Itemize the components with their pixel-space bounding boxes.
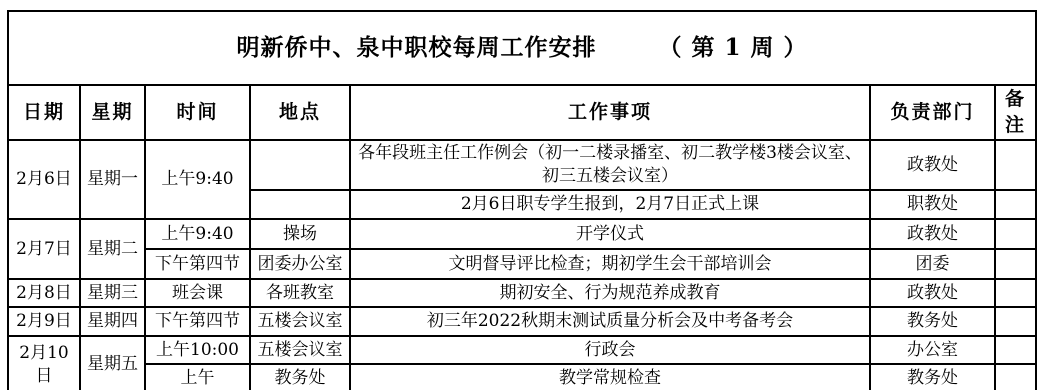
location-cell: 五楼会议室 [250, 307, 350, 336]
work-item-cell: 初三年2022秋期末测试质量分析会及中考备考会 [350, 307, 870, 336]
work-item-cell: 文明督导评比检查；期初学生会干部培训会 [350, 249, 870, 279]
table-row: 下午第四节 团委办公室 文明督导评比检查；期初学生会干部培训会 团委 [8, 249, 1036, 279]
weekday-cell: 星期二 [80, 219, 145, 279]
location-cell [250, 140, 350, 190]
header-location: 地点 [250, 85, 350, 140]
time-cell: 下午第四节 [145, 249, 250, 279]
note-cell [995, 219, 1036, 249]
header-weekday: 星期 [80, 85, 145, 140]
date-cell: 2月9日 [8, 307, 80, 336]
location-cell: 团委办公室 [250, 249, 350, 279]
note-cell [995, 336, 1036, 364]
department-cell: 团委 [870, 249, 995, 279]
department-cell: 政教处 [870, 140, 995, 190]
header-department: 负责部门 [870, 85, 995, 140]
note-cell [995, 307, 1036, 336]
work-item-cell: 开学仪式 [350, 219, 870, 249]
note-cell [995, 249, 1036, 279]
note-cell [995, 279, 1036, 307]
date-cell: 2月6日 [8, 140, 80, 219]
work-item-cell: 2月6日职专学生报到，2月7日正式上课 [350, 190, 870, 219]
header-time: 时间 [145, 85, 250, 140]
title-cell: 明新侨中、泉中职校每周工作安排 （ 第 1 周 ） [8, 11, 1036, 85]
table-row: 2月6日 星期一 上午9:40 各年段班主任工作例会（初一二楼录播室、初二教学楼… [8, 140, 1036, 190]
date-cell: 2月8日 [8, 279, 80, 307]
work-item-cell: 各年段班主任工作例会（初一二楼录播室、初二教学楼3楼会议室、初三五楼会议室） [350, 140, 870, 190]
note-cell [995, 190, 1036, 219]
department-cell: 政教处 [870, 219, 995, 249]
location-cell: 操场 [250, 219, 350, 249]
title-row: 明新侨中、泉中职校每周工作安排 （ 第 1 周 ） [8, 11, 1036, 85]
page-title: 明新侨中、泉中职校每周工作安排 [237, 32, 597, 63]
time-cell: 上午9:40 [145, 140, 250, 219]
department-cell: 教务处 [870, 364, 995, 390]
weekly-schedule-table: 明新侨中、泉中职校每周工作安排 （ 第 1 周 ） 日期 星期 时间 地点 工作… [7, 10, 1037, 390]
table-row: 2月7日 星期二 上午9:40 操场 开学仪式 政教处 [8, 219, 1036, 249]
department-cell: 办公室 [870, 336, 995, 364]
table-row: 2月10日 星期五 上午10:00 五楼会议室 行政会 办公室 [8, 336, 1036, 364]
table-header-row: 日期 星期 时间 地点 工作事项 负责部门 备注 [8, 85, 1036, 140]
header-date: 日期 [8, 85, 80, 140]
weekday-cell: 星期五 [80, 336, 145, 390]
work-item-cell: 教学常规检查 [350, 364, 870, 390]
work-item-cell: 期初安全、行为规范养成教育 [350, 279, 870, 307]
department-cell: 教务处 [870, 307, 995, 336]
date-cell: 2月7日 [8, 219, 80, 279]
time-cell: 上午 [145, 364, 250, 390]
location-cell [250, 190, 350, 219]
time-cell: 下午第四节 [145, 307, 250, 336]
note-cell [995, 140, 1036, 190]
time-cell: 班会课 [145, 279, 250, 307]
weekday-cell: 星期三 [80, 279, 145, 307]
table-row: 2月8日 星期三 班会课 各班教室 期初安全、行为规范养成教育 政教处 [8, 279, 1036, 307]
time-cell: 上午10:00 [145, 336, 250, 364]
table-row: 上午 教务处 教学常规检查 教务处 [8, 364, 1036, 390]
week-number-label: （ 第 1 周 ） [659, 32, 808, 63]
table-row: 2月9日 星期四 下午第四节 五楼会议室 初三年2022秋期末测试质量分析会及中… [8, 307, 1036, 336]
location-cell: 五楼会议室 [250, 336, 350, 364]
weekday-cell: 星期四 [80, 307, 145, 336]
department-cell: 职教处 [870, 190, 995, 219]
weekday-cell: 星期一 [80, 140, 145, 219]
location-cell: 各班教室 [250, 279, 350, 307]
date-cell: 2月10日 [8, 336, 80, 390]
time-cell: 上午9:40 [145, 219, 250, 249]
work-item-cell: 行政会 [350, 336, 870, 364]
department-cell: 政教处 [870, 279, 995, 307]
header-work-item: 工作事项 [350, 85, 870, 140]
location-cell: 教务处 [250, 364, 350, 390]
schedule-sheet: 明新侨中、泉中职校每周工作安排 （ 第 1 周 ） 日期 星期 时间 地点 工作… [7, 10, 1035, 390]
note-cell [995, 364, 1036, 390]
header-note: 备注 [995, 85, 1036, 140]
